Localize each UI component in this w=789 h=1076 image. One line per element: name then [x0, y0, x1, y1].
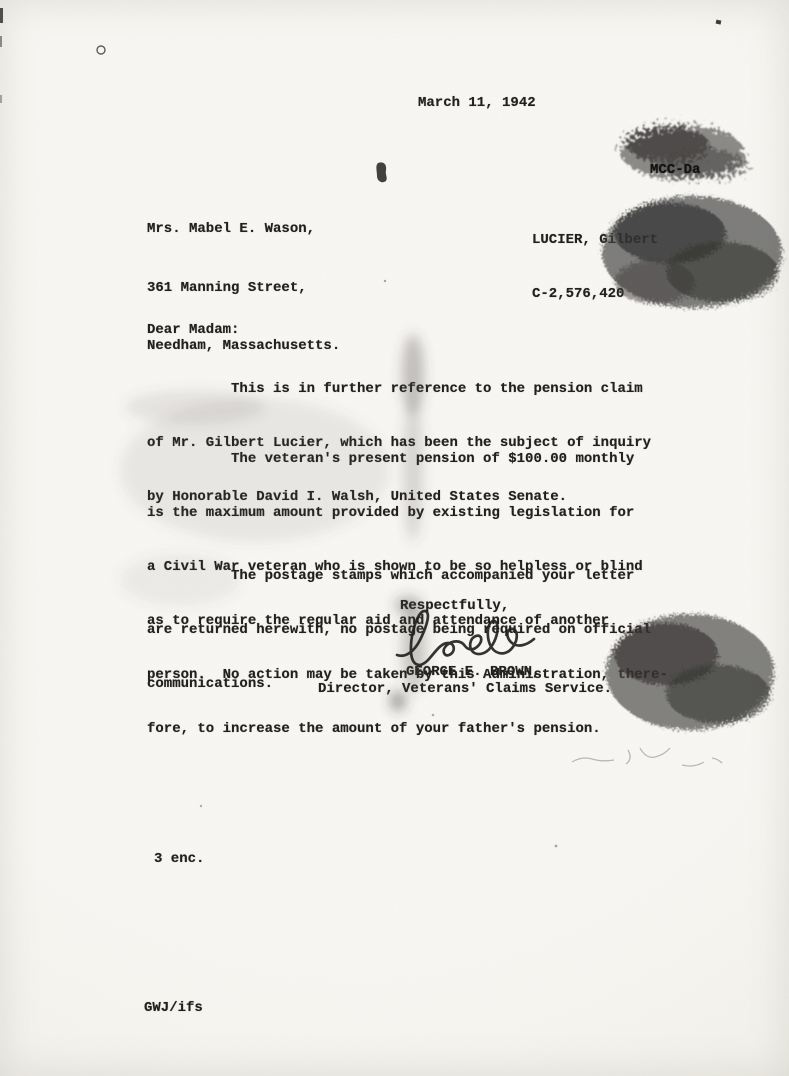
speck-mark [555, 845, 558, 848]
body-line: are returned herewith, no postage being … [147, 621, 651, 639]
edge-mark [0, 8, 3, 23]
body-line: This is in further reference to the pens… [147, 380, 651, 398]
reference-subject-name: LUCIER, Gilbert [532, 231, 658, 249]
speck-mark [716, 20, 722, 25]
edge-mark [0, 95, 2, 103]
speck-mark [200, 805, 202, 807]
salutation: Dear Madam: [147, 321, 239, 339]
body-line: The veteran's present pension of $100.00… [147, 450, 668, 468]
reference-block: LUCIER, Gilbert C-2,576,420 [532, 195, 658, 339]
reference-initials: GWJ/ifs [144, 999, 203, 1017]
enclosure-note: 3 enc. [154, 850, 204, 868]
body-line: The postage stamps which accompanied you… [147, 567, 651, 585]
body-line: is the maximum amount provided by existi… [147, 504, 668, 522]
small-circle-mark [97, 46, 105, 54]
closing: Respectfully, [400, 597, 509, 615]
recipient-line: 361 Manning Street, [147, 279, 340, 299]
paragraph-3: The postage stamps which accompanied you… [147, 531, 651, 729]
signer-name: GEORGE E. BROWN, [406, 663, 540, 681]
file-stamp-code: MCC-Da [650, 161, 700, 179]
edge-mark [0, 36, 2, 47]
letter-date: March 11, 1942 [418, 94, 536, 112]
scanned-letter-page: March 11, 1942 Mrs. Mabel E. Wason, 361 … [0, 0, 789, 1076]
recipient-line: Mrs. Mabel E. Wason, [147, 220, 340, 240]
signer-title: Director, Veterans' Claims Service. [318, 680, 612, 698]
reference-file-number: C-2,576,420 [532, 285, 658, 303]
ink-blob-mark [376, 162, 386, 182]
speck-mark [384, 280, 386, 282]
